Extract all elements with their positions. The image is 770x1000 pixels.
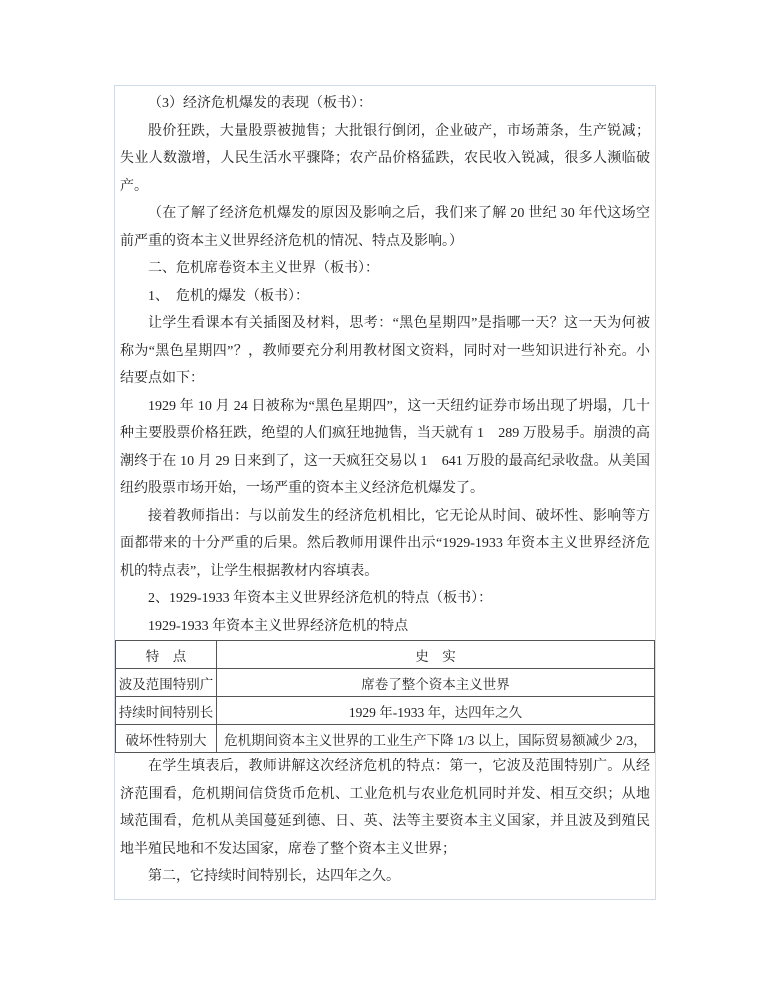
document-content-area: （3）经济危机爆发的表现（板书）： 股价狂跌，大量股票被抛售；大批银行倒闭，企业…	[114, 85, 656, 900]
paragraph-second-feature: 第二，它持续时间特别长，达四年之久。	[115, 863, 655, 891]
paragraph-transition-note: （在了解了经济危机爆发的原因及影响之后，我们来了解 20 世纪 30 年代这场空…	[115, 200, 655, 255]
table-row: 持续时间特别长 1929 年-1933 年，达四年之久	[116, 697, 655, 725]
crisis-features-table: 特 点 史 实 波及范围特别广 席卷了整个资本主义世界 持续时间特别长 1929…	[115, 640, 655, 753]
table-header-fact: 史 实	[217, 641, 655, 669]
paragraph-feature-explanation: 在学生填表后，教师讲解这次经济危机的特点：第一，它波及范围特别广。从经济范围看，…	[115, 753, 655, 863]
paragraph-section-two-heading: 二、危机席卷资本主义世界（板书）：	[115, 255, 655, 283]
paragraph-black-thursday-summary: 1929 年 10 月 24 日被称为“黑色星期四”，这一天纽约证券市场出现了坍…	[115, 393, 655, 503]
paragraph-crisis-manifestation-body: 股价狂跌，大量股票被抛售；大批银行倒闭，企业破产，市场萧条，生产锐减；失业人数激…	[115, 118, 655, 201]
paragraph-table-title: 1929-1933 年资本主义世界经济危机的特点	[115, 613, 655, 641]
paragraph-black-thursday-question: 让学生看课本有关插图及材料，思考：“黑色星期四”是指哪一天？这一天为何被称为“黑…	[115, 310, 655, 393]
table-header-feature: 特 点	[116, 641, 217, 669]
paragraph-crisis-manifestation-heading: （3）经济危机爆发的表现（板书）：	[115, 90, 655, 118]
table-row: 破坏性特别大 危机期间资本主义世界的工业生产下降 1/3 以上，国际贸易额减少 …	[116, 725, 655, 753]
document-page: （3）经济危机爆发的表现（板书）： 股价狂跌，大量股票被抛售；大批银行倒闭，企业…	[0, 0, 770, 1000]
paragraph-crisis-features-heading: 2、1929-1933 年资本主义世界经济危机的特点（板书）：	[115, 585, 655, 613]
table-cell-feature: 破坏性特别大	[116, 725, 217, 753]
table-cell-fact: 1929 年-1933 年，达四年之久	[217, 697, 655, 725]
table-header-row: 特 点 史 实	[116, 641, 655, 669]
paragraph-crisis-outbreak-heading: 1、 危机的爆发（板书）：	[115, 283, 655, 311]
table-cell-fact: 危机期间资本主义世界的工业生产下降 1/3 以上，国际贸易额减少 2/3，	[217, 725, 655, 753]
paragraph-teacher-comparison: 接着教师指出：与以前发生的经济危机相比，它无论从时间、破坏性、影响等方面都带来的…	[115, 503, 655, 586]
table-cell-feature: 波及范围特别广	[116, 669, 217, 697]
table-cell-feature: 持续时间特别长	[116, 697, 217, 725]
table-cell-fact: 席卷了整个资本主义世界	[217, 669, 655, 697]
table-row: 波及范围特别广 席卷了整个资本主义世界	[116, 669, 655, 697]
